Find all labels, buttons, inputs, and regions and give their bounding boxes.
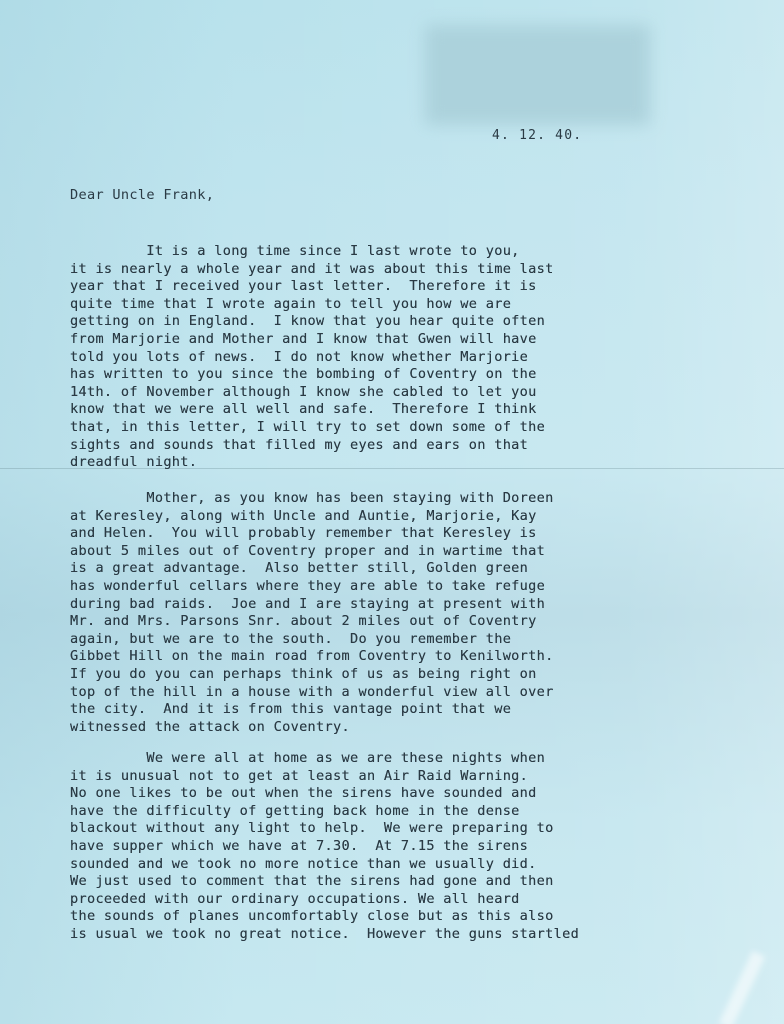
letter-line: have supper which we have at 7.30. At 7.… (70, 838, 730, 856)
letter-line: has written to you since the bombing of … (70, 366, 730, 384)
letter-paragraph-1: It is a long time since I last wrote to … (70, 243, 730, 472)
letter-line: told you lots of news. I do not know whe… (70, 349, 730, 367)
photo-glare (719, 951, 765, 1024)
letter-paragraph-2: Mother, as you know has been staying wit… (70, 490, 730, 736)
letter-line: that, in this letter, I will try to set … (70, 419, 730, 437)
letter-line: proceeded with our ordinary occupations.… (70, 891, 730, 909)
letter-paragraph-3: We were all at home as we are these nigh… (70, 750, 730, 944)
letter-line: from Marjorie and Mother and I know that… (70, 331, 730, 349)
letter-line: Mr. and Mrs. Parsons Snr. about 2 miles … (70, 613, 730, 631)
letter-line: is usual we took no great notice. Howeve… (70, 926, 730, 944)
letter-line: It is a long time since I last wrote to … (70, 243, 730, 261)
letter-salutation: Dear Uncle Frank, (70, 187, 214, 203)
letter-line: and Helen. You will probably remember th… (70, 525, 730, 543)
letter-line: top of the hill in a house with a wonder… (70, 684, 730, 702)
letter-line: year that I received your last letter. T… (70, 278, 730, 296)
letter-line: No one likes to be out when the sirens h… (70, 785, 730, 803)
letter-line: blackout without any light to help. We w… (70, 820, 730, 838)
letter-line: know that we were all well and safe. The… (70, 401, 730, 419)
letter-line: Mother, as you know has been staying wit… (70, 490, 730, 508)
letter-line: the sounds of planes uncomfortably close… (70, 908, 730, 926)
letter-line: is a great advantage. Also better still,… (70, 560, 730, 578)
letter-line: it is nearly a whole year and it was abo… (70, 261, 730, 279)
letter-line: getting on in England. I know that you h… (70, 313, 730, 331)
letter-line: 14th. of November although I know she ca… (70, 384, 730, 402)
letter-line: the city. And it is from this vantage po… (70, 701, 730, 719)
letter-line: sounded and we took no more notice than … (70, 856, 730, 874)
letter-line: If you do you can perhaps think of us as… (70, 666, 730, 684)
letter-line: it is unusual not to get at least an Air… (70, 768, 730, 786)
letter-line: quite time that I wrote again to tell yo… (70, 296, 730, 314)
letter-line: about 5 miles out of Coventry proper and… (70, 543, 730, 561)
letter-line: during bad raids. Joe and I are staying … (70, 596, 730, 614)
letter-line: We were all at home as we are these nigh… (70, 750, 730, 768)
letter-line: Gibbet Hill on the main road from Covent… (70, 648, 730, 666)
redacted-address-region (425, 25, 650, 125)
letter-line: We just used to comment that the sirens … (70, 873, 730, 891)
letter-line: at Keresley, along with Uncle and Auntie… (70, 508, 730, 526)
letter-line: witnessed the attack on Coventry. (70, 719, 730, 737)
letter-date: 4. 12. 40. (492, 128, 582, 143)
letter-line: dreadful night. (70, 454, 730, 472)
letter-line: has wonderful cellars where they are abl… (70, 578, 730, 596)
letter-line: sights and sounds that filled my eyes an… (70, 437, 730, 455)
letter-line: again, but we are to the south. Do you r… (70, 631, 730, 649)
letter-line: have the difficulty of getting back home… (70, 803, 730, 821)
